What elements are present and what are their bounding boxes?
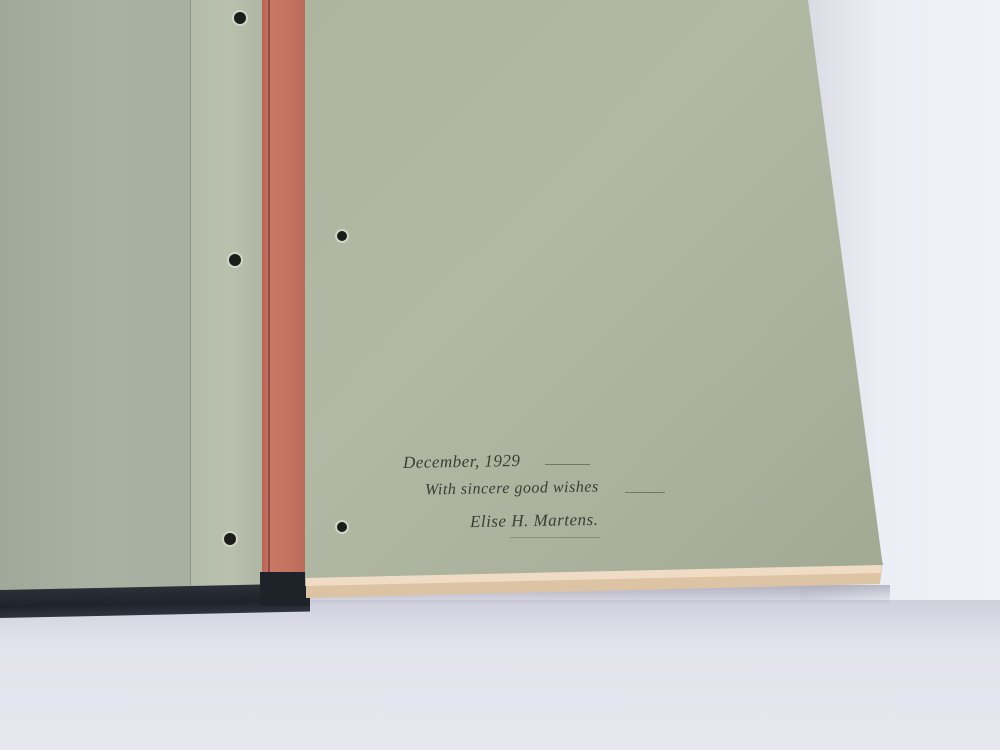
page-hole [337, 522, 347, 532]
binding-hole [224, 533, 236, 545]
left-hinge-strip [190, 0, 266, 598]
inscription-dash [625, 492, 665, 493]
inscription-signature: Elise H. Martens. [470, 510, 599, 532]
inscription-message: With sincere good wishes [425, 478, 599, 499]
binding-hole [229, 254, 241, 266]
page-hole [337, 231, 347, 241]
binding-hole [234, 12, 246, 24]
album-page [305, 0, 883, 586]
binding-base [260, 572, 310, 606]
inscription-dash [545, 464, 590, 465]
inscription-date: December, 1929 [403, 451, 521, 473]
binding-crease [268, 0, 270, 575]
table-surface [0, 600, 1000, 750]
signature-underline [510, 537, 600, 538]
